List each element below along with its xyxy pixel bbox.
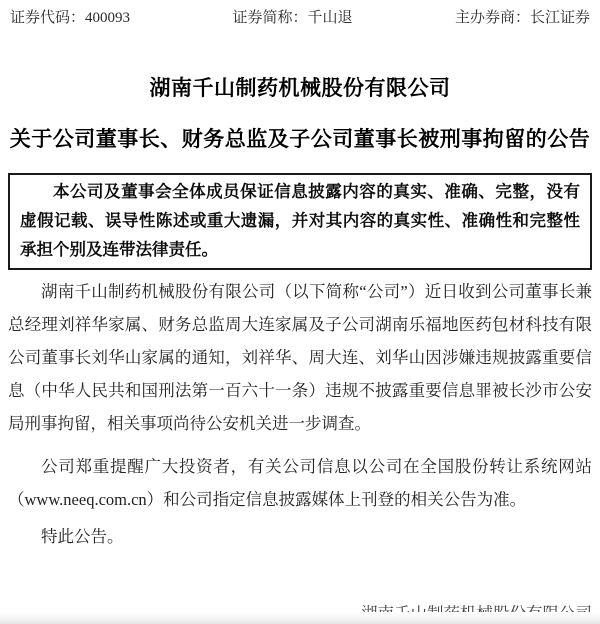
body-paragraph-investor-reminder: 公司郑重提醒广大投资者，有关公司信息以公司在全国股份转让系统网站（www.nee… bbox=[8, 450, 592, 516]
closing-statement: 特此公告。 bbox=[8, 520, 592, 553]
disclaimer-box: 本公司及董事会全体成员保证信息披露内容的真实、准确、完整，没有虚假记载、误导性陈… bbox=[8, 173, 592, 270]
document-header: 证券代码：400093 证券简称：千山退 主办券商：长江证券 bbox=[0, 0, 600, 27]
announcement-title: 关于公司董事长、财务总监及子公司董事长被刑事拘留的公告 bbox=[0, 123, 600, 153]
company-name-title: 湖南千山制药机械股份有限公司 bbox=[0, 72, 600, 102]
stock-name-label: 证券简称：千山退 bbox=[232, 6, 352, 27]
body-paragraph-notice: 湖南千山制药机械股份有限公司（以下简称“公司”）近日收到公司董事长兼总经理刘祥华… bbox=[8, 275, 592, 440]
signature-company-name: 湖南千山制药机械股份有限公司 bbox=[0, 601, 592, 624]
sponsor-broker-label: 主办券商：长江证券 bbox=[455, 6, 590, 27]
disclaimer-text: 本公司及董事会全体成员保证信息披露内容的真实、准确、完整，没有虚假记载、误导性陈… bbox=[20, 177, 580, 264]
announcement-document: 证券代码：400093 证券简称：千山退 主办券商：长江证券 湖南千山制药机械股… bbox=[0, 0, 600, 624]
stock-code-label: 证券代码：400093 bbox=[10, 6, 130, 27]
